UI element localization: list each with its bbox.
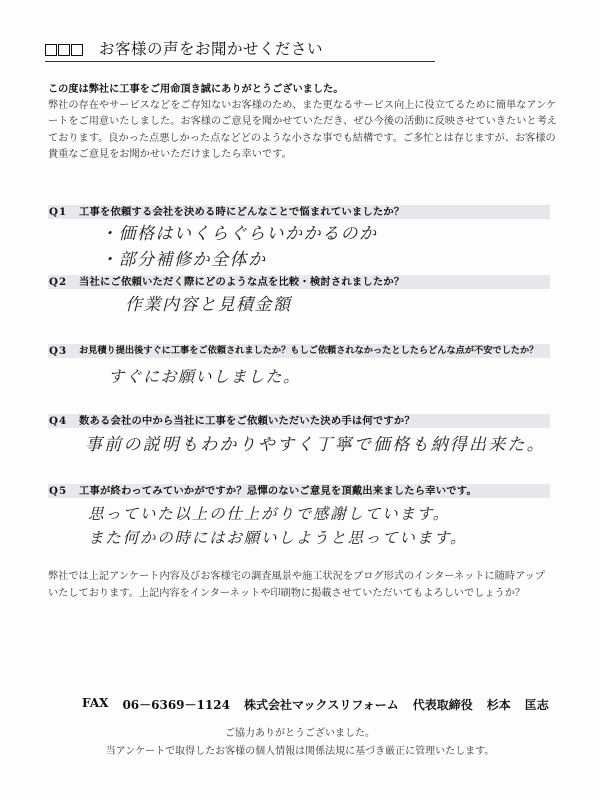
question-text: 工事が終わってみていかがですか？忌憚のないご意見を頂戴出来ましたら幸いです。 — [79, 484, 477, 498]
privacy-notice: 当アンケートで取得したお客様の個人情報は関係法規に基づき厳正に管理いたします。 — [0, 742, 600, 757]
answer-5-line-1: 思っていた以上の仕上がりで感謝しています。 — [88, 502, 450, 524]
empty-box-icon — [71, 44, 83, 56]
contact-line: FAX 06－6369－1124 株式会社マックスリフォーム 代表取締役 杉本 … — [82, 696, 549, 713]
intro-paragraph: この度は弊社に工事をご用命頂き誠にありがとうございました。 弊社の存在やサービス… — [48, 81, 558, 164]
answer-5-line-2: また何かの時にはお願いしようと思っています。 — [88, 526, 467, 548]
closing-line: 弊社では上記アンケート内容及びお客様宅の調査風景や施工状況をブログ形式のインター… — [48, 568, 558, 585]
closing-paragraph: 弊社では上記アンケート内容及びお客様宅の調査風景や施工状況をブログ形式のインター… — [48, 568, 558, 602]
question-number: Q1 — [48, 205, 79, 219]
question-4: Q4 数ある会社の中から当社に工事をご依頼いただいた決め手は何ですか？ — [48, 414, 550, 428]
representative-family-name: 杉本 — [487, 696, 511, 713]
empty-box-icon — [45, 44, 57, 56]
intro-line: ております。良かった点悪しかった点などどのような小さな事でも結構です。ご多忙とは… — [48, 131, 558, 148]
question-number: Q4 — [48, 414, 79, 428]
question-text: 工事を依頼する会社を決める時にどんなことで悩まれていましたか？ — [79, 205, 404, 219]
answer-1-line-1: ・価格はいくらぐらいかかるのか — [100, 219, 378, 244]
question-1: Q1 工事を依頼する会社を決める時にどんなことで悩まれていましたか？ — [48, 205, 550, 219]
question-3: Q3 お見積り提出後すぐに工事をご依頼されましたか？もしご依頼されなかったとした… — [48, 344, 550, 358]
representative-given-name: 匡志 — [525, 696, 549, 713]
answer-1-line-2: ・部分補修か全体か — [100, 245, 267, 270]
intro-lead: この度は弊社に工事をご用命頂き誠にありがとうございました。 — [48, 81, 558, 98]
thanks-message: ご協力ありがとうございました。 — [0, 724, 600, 739]
answer-4-line-1: 事前の説明もわかりやすく丁寧で価格も納得出来た。 — [85, 430, 546, 455]
representative-role: 代表取締役 — [413, 696, 473, 713]
survey-page: お客様の声をお聞かせください この度は弊社に工事をご用命頂き誠にありがとうござい… — [0, 0, 600, 800]
empty-box-icon — [58, 44, 70, 56]
title-checkbox-group — [45, 44, 83, 59]
question-text: お見積り提出後すぐに工事をご依頼されましたか？もしご依頼されなかったとしたらどん… — [79, 344, 538, 358]
intro-line: 弊社の存在やサービスなどをご存知ないお客様のため、また更なるサービス向上に役立て… — [48, 98, 558, 115]
page-title: お客様の声をお聞かせください — [45, 37, 435, 62]
question-2: Q2 当社にご依頼いただく際にどのような点を比較・検討されましたか？ — [48, 275, 550, 289]
question-text: 当社にご依頼いただく際にどのような点を比較・検討されましたか？ — [79, 275, 404, 289]
question-text: 数ある会社の中から当社に工事をご依頼いただいた決め手は何ですか？ — [79, 414, 415, 428]
answer-3-line-1: すぐにお願いしました。 — [108, 364, 301, 387]
intro-line: 貴重なご意見をお聞かせいただけましたら幸いです。 — [48, 147, 558, 164]
page-title-text: お客様の声をお聞かせください — [99, 37, 323, 59]
closing-line: いたしております。上記内容をインターネットや印刷物に掲載させていただいてもよろし… — [48, 585, 558, 602]
fax-number: 06－6369－1124 — [122, 696, 230, 713]
question-number: Q2 — [48, 275, 79, 289]
question-5: Q5 工事が終わってみていかがですか？忌憚のないご意見を頂戴出来ましたら幸いです… — [48, 484, 550, 498]
fax-label: FAX — [82, 696, 108, 713]
company-name: 株式会社マックスリフォーム — [244, 696, 399, 713]
intro-line: ートをご用意いたしました。お客様のご意見を聞かせていただき、ぜひ今後の活動に反映… — [48, 114, 558, 131]
question-number: Q5 — [48, 484, 79, 498]
answer-2-line-1: 作業内容と見積金額 — [125, 290, 292, 315]
question-number: Q3 — [48, 344, 79, 358]
